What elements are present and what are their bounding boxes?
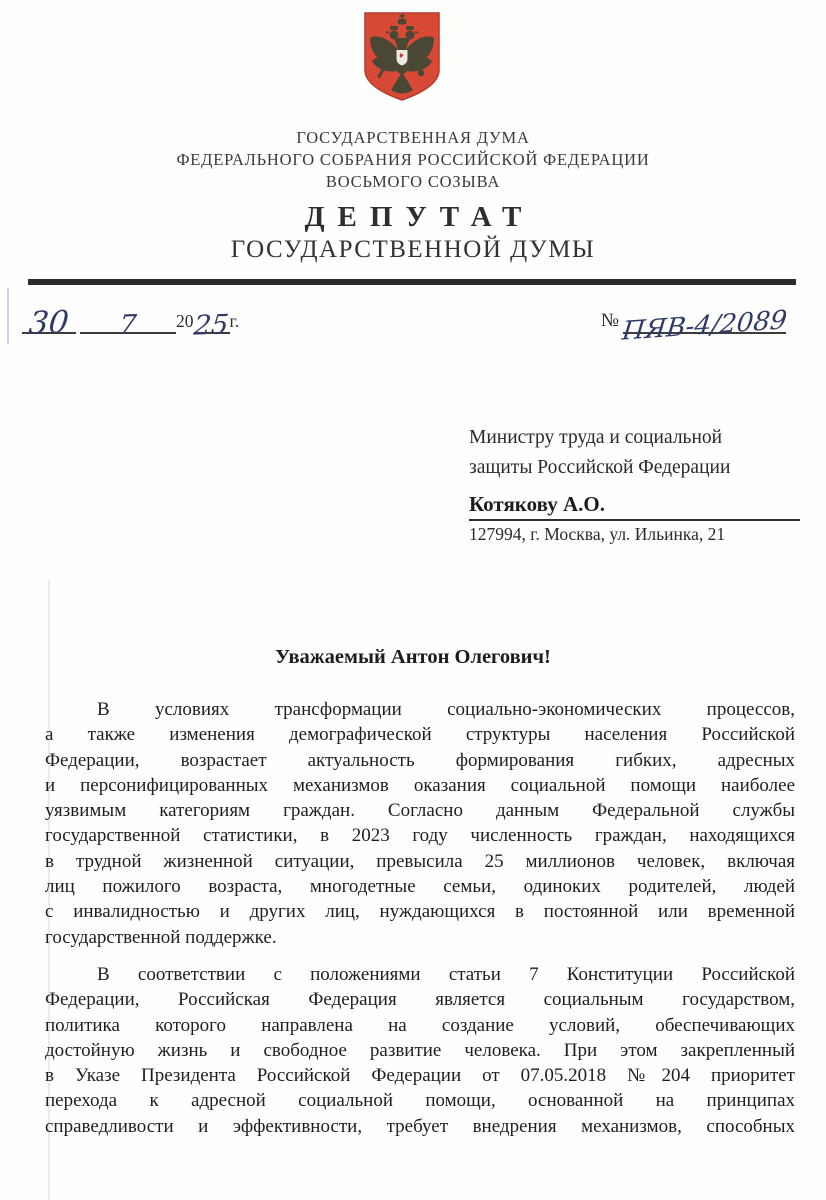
body-line: В условиях трансформации социально-эконо… bbox=[45, 697, 795, 722]
letterhead-org-block: ГОСУДАРСТВЕННАЯ ДУМА ФЕДЕРАЛЬНОГО СОБРАН… bbox=[0, 127, 826, 193]
letterhead-title-text: ДЕПУТАТ bbox=[305, 201, 535, 233]
reference-number-field: ПЯВ-4/2089 bbox=[623, 294, 786, 334]
org-line-3: ВОСЬМОГО СОЗЫВА bbox=[0, 171, 826, 193]
date-year-unit: г. bbox=[230, 311, 240, 332]
addressee-name: Котякову А.О. bbox=[469, 492, 800, 517]
body-line: Федерации, Российская Федерация является… bbox=[45, 987, 795, 1012]
body-line: лиц пожилого возраста, многодетные семьи… bbox=[45, 874, 795, 899]
addressee-line-1: Министру труда и социальной bbox=[469, 423, 800, 453]
letterhead-divider bbox=[28, 279, 796, 285]
date-year-prefix: 20 bbox=[176, 311, 194, 332]
org-line-2: ФЕДЕРАЛЬНОГО СОБРАНИЯ РОССИЙСКОЙ ФЕДЕРАЦ… bbox=[0, 149, 826, 171]
reference-number-handwritten: ПЯВ-4/2089 bbox=[621, 307, 788, 344]
scan-artifact-blue-tick bbox=[7, 288, 9, 344]
paragraph-1: В условиях трансформации социально-эконо… bbox=[45, 697, 795, 950]
addressee-underline bbox=[469, 519, 800, 521]
salutation: Уважаемый Антон Олегович! bbox=[0, 646, 826, 669]
body-line: справедливости и эффективности, требует … bbox=[45, 1114, 795, 1139]
body-line: а также изменения демографической структ… bbox=[45, 722, 795, 747]
letter-body: В условиях трансформации социально-эконо… bbox=[45, 697, 795, 1139]
body-line: государственной поддержке. bbox=[45, 925, 795, 950]
body-line: Федерации, возрастает актуальность форми… bbox=[45, 748, 795, 773]
document-page: ГОСУДАРСТВЕННАЯ ДУМА ФЕДЕРАЛЬНОГО СОБРАН… bbox=[0, 0, 826, 1200]
body-line: В соответствии с положениями статьи 7 Ко… bbox=[45, 962, 795, 987]
body-line: в Указе Президента Российской Федерации … bbox=[45, 1063, 795, 1088]
body-line: уязвимым категориям граждан. Согласно да… bbox=[45, 798, 795, 823]
body-line: с инвалидностью и других лиц, нуждающихс… bbox=[45, 899, 795, 924]
letterhead-title: ДЕПУТАТ bbox=[0, 201, 826, 234]
addressee-address: 127994, г. Москва, ул. Ильинка, 21 bbox=[469, 524, 800, 545]
date-year-field: 25 bbox=[194, 294, 230, 334]
addressee-block: Министру труда и социальной защиты Росси… bbox=[469, 423, 800, 545]
body-line: перехода к адресной социальной помощи, о… bbox=[45, 1088, 795, 1113]
date-day-handwritten: 30 bbox=[28, 307, 71, 339]
letterhead-subtitle: ГОСУДАРСТВЕННОЙ ДУМЫ bbox=[0, 236, 826, 264]
reference-row: 30 7 20 25 г. № ПЯВ-4/2089 bbox=[22, 294, 804, 338]
reference-number-group: № ПЯВ-4/2089 bbox=[601, 294, 786, 334]
date-year-handwritten: 25 bbox=[193, 311, 230, 339]
org-line-1: ГОСУДАРСТВЕННАЯ ДУМА bbox=[0, 127, 826, 149]
addressee-line-2: защиты Российской Федерации bbox=[469, 453, 800, 483]
body-line: политика которого направлена на создание… bbox=[45, 1013, 795, 1038]
body-line: государственной статистики, в 2023 году … bbox=[45, 823, 795, 848]
number-sign: № bbox=[601, 310, 619, 332]
body-line: в трудной жизненной ситуации, превысила … bbox=[45, 849, 795, 874]
date-day-field: 30 bbox=[22, 294, 76, 334]
date-month-field: 7 bbox=[80, 294, 176, 334]
body-line: достойную жизнь и свободное развитие чел… bbox=[45, 1038, 795, 1063]
paragraph-2: В соответствии с положениями статьи 7 Ко… bbox=[45, 962, 795, 1139]
body-line: и персонифицированных механизмов оказани… bbox=[45, 773, 795, 798]
coat-of-arms-icon bbox=[362, 10, 442, 103]
date-month-handwritten: 7 bbox=[118, 312, 138, 340]
